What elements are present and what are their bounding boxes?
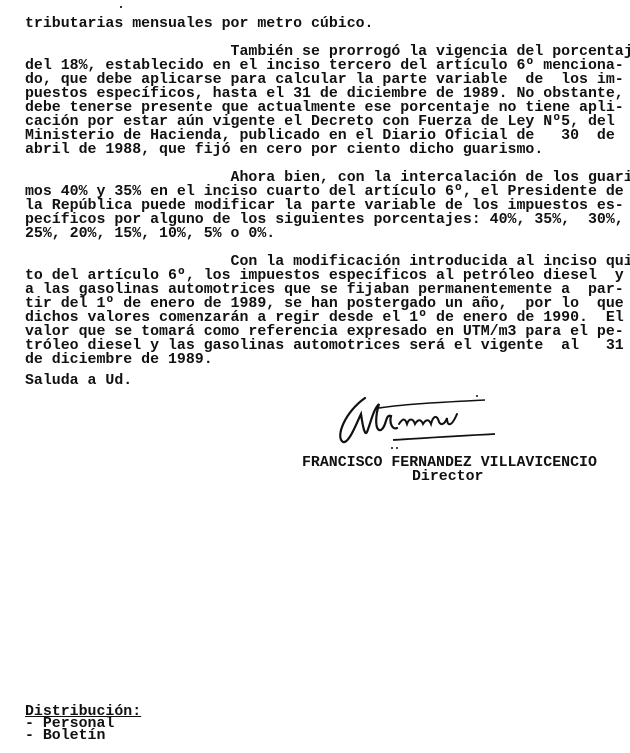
paragraph-line: Ahora bien, con la intercalación de los …	[25, 171, 630, 185]
paragraph-line: También se prorrogó la vigencia del porc…	[25, 45, 630, 59]
paragraph-line: Ministerio de Hacienda, publicado en el …	[25, 129, 615, 143]
paragraph-line: puestos específicos, hasta el 31 de dici…	[25, 87, 624, 101]
paragraph-line: tróleo diesel y las gasolinas automotric…	[25, 339, 624, 353]
paragraph-line: la República puede modificar la parte va…	[25, 199, 624, 213]
paragraph-line: to del artículo 6º, los impuestos especí…	[25, 269, 624, 283]
opening-line: tributarias mensuales por metro cúbico.	[25, 17, 374, 31]
signatory-name: FRANCISCO FERNANDEZ VILLAVICENCIO	[302, 456, 597, 470]
paragraph-line: mos 40% y 35% en el inciso cuarto del ar…	[25, 185, 624, 199]
paragraph-line: abril de 1988, que fijó en cero por cien…	[25, 143, 543, 157]
paragraph-line: debe tenerse presente que actualmente es…	[25, 101, 624, 115]
scan-speck	[120, 6, 122, 8]
document-page: tributarias mensuales por metro cúbico. …	[0, 0, 630, 753]
paragraph-line: del 18%, establecido en el inciso tercer…	[25, 59, 624, 73]
paragraph-line: valor que se tomará como referencia expr…	[25, 325, 624, 339]
paragraph-line: a las gasolinas automotrices que se fija…	[25, 283, 624, 297]
paragraph-line: de diciembre de 1989.	[25, 353, 213, 367]
paragraph-line: do, que debe aplicarse para calcular la …	[25, 73, 624, 87]
paragraph-line: pecíficos por alguno de los siguientes p…	[25, 213, 624, 227]
paragraph-line: Con la modificación introducida al incis…	[25, 255, 630, 269]
paragraph-line: dichos valores comenzarán a regir desde …	[25, 311, 624, 325]
signature-icon	[335, 392, 505, 452]
closing-salutation: Saluda a Ud.	[25, 374, 132, 388]
paragraph-line: 25%, 20%, 15%, 10%, 5% o 0%.	[25, 227, 275, 241]
distribution-item: - Boletín	[25, 729, 105, 743]
paragraph-line: cación por estar aún vigente el Decreto …	[25, 115, 615, 129]
signatory-title: Director	[412, 470, 484, 484]
paragraph-line: tir del 1º de enero de 1989, se han post…	[25, 297, 624, 311]
